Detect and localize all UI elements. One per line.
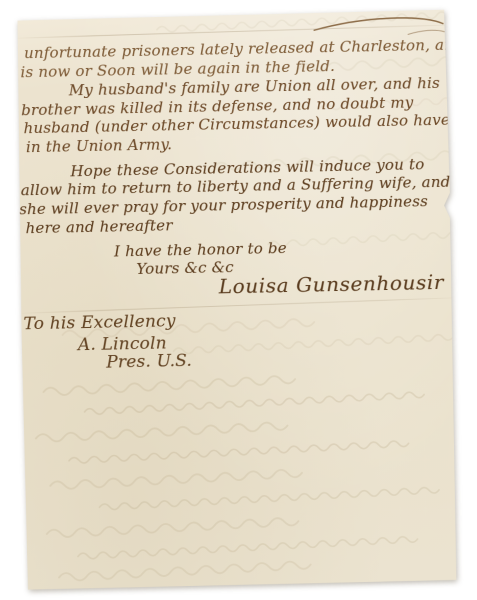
letter-line: here and hereafter (25, 216, 172, 237)
pen-flourish (313, 17, 444, 36)
address-line-excellency: To his Excellency (23, 311, 176, 334)
signature: Louisa Gunsenhousir (218, 270, 444, 299)
letter-page: unfortunate prisoners lately released at… (15, 10, 457, 591)
letter-line: in the Union Army. (26, 135, 173, 156)
letter-page-wrap: unfortunate prisoners lately released at… (15, 10, 457, 591)
address-line-title: Pres. U.S. (106, 351, 192, 373)
fold-crease (15, 297, 457, 314)
closing-honor-line: I have the honor to be (114, 239, 287, 260)
scanned-letter: unfortunate prisoners lately released at… (0, 0, 477, 600)
